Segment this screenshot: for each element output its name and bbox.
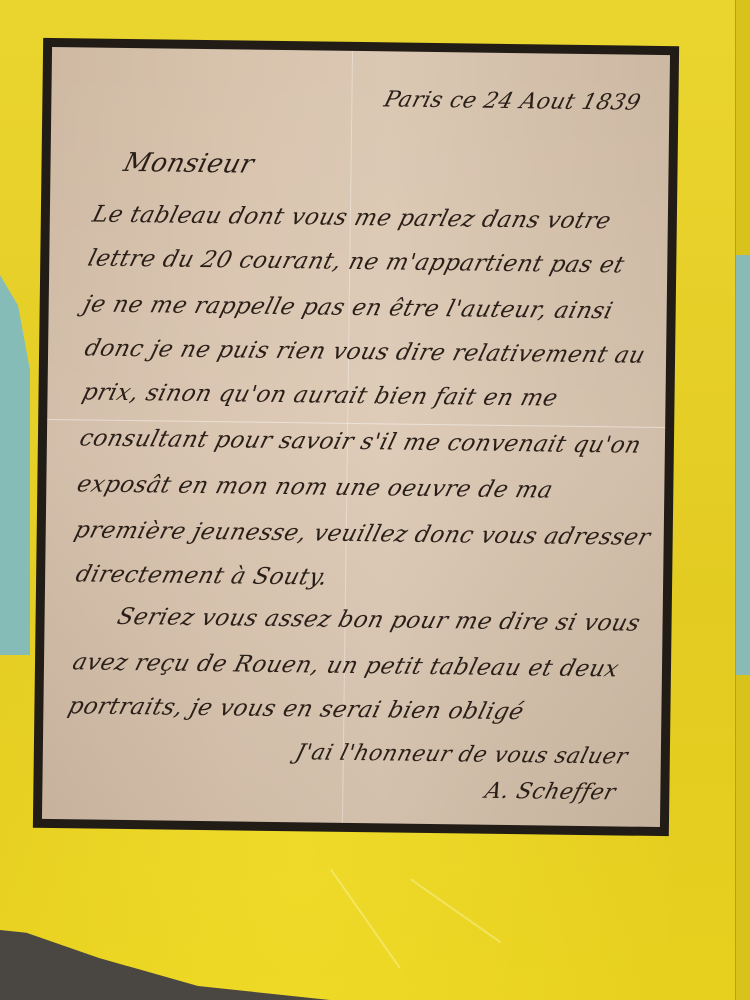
letter-line: je ne me rappelle pas en être l'auteur, … xyxy=(81,291,616,324)
letter-line: prix, sinon qu'on aurait bien fait en me xyxy=(79,379,560,411)
letter-line: donc je ne puis rien vous dire relativem… xyxy=(82,335,648,368)
teal-paper-right xyxy=(736,255,750,675)
letter-closing: J'ai l'honneur de vous saluer xyxy=(293,740,631,769)
framed-letter: Paris ce 24 Aout 1839 Monsieur Le tablea… xyxy=(33,38,679,836)
letter-line: portraits, je vous en serai bien obligé xyxy=(65,693,527,725)
letter-line: consultant pour savoir s'il me convenait… xyxy=(77,425,644,458)
letter-paper: Paris ce 24 Aout 1839 Monsieur Le tablea… xyxy=(42,47,670,827)
letter-line: Seriez vous assez bon pour me dire si vo… xyxy=(114,604,643,637)
letter-line: exposât en mon nom une oeuvre de ma xyxy=(74,471,556,503)
letter-greeting: Monsieur xyxy=(120,148,257,180)
letter-line: directement à Souty. xyxy=(73,561,331,590)
letter-line: Le tableau dont vous me parlez dans votr… xyxy=(90,202,614,235)
letter-line: première jeunesse, veuillez donc vous ad… xyxy=(72,517,654,550)
letter-signature: A. Scheffer xyxy=(482,779,618,806)
letter-line: avez reçu de Rouen, un petit tableau et … xyxy=(70,649,622,682)
letter-line: lettre du 20 courant, ne m'appartient pa… xyxy=(85,246,627,279)
letter-date: Paris ce 24 Aout 1839 xyxy=(381,87,643,115)
